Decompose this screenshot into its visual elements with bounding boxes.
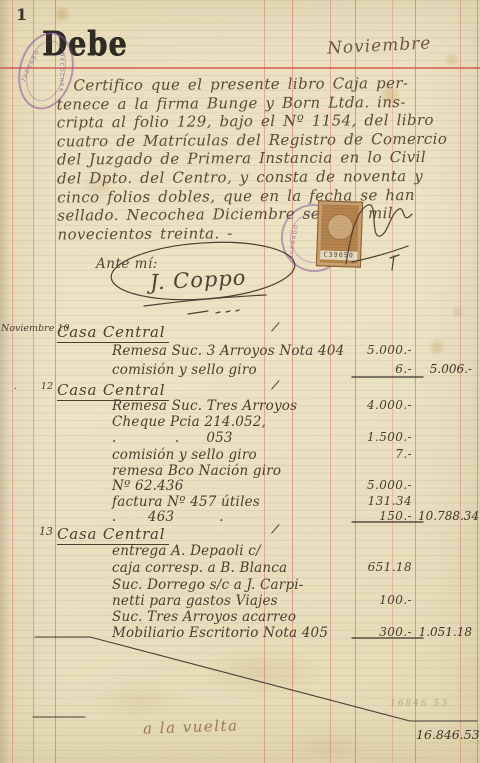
entry-description: . 463 . <box>112 509 224 525</box>
entry-description: Cheque Pcia 214.052, <box>112 414 266 430</box>
entry-subtotal: 5.006.- <box>418 362 472 376</box>
entry-row: . . 0531.500.- <box>0 430 480 446</box>
entry-amount: 6.- <box>336 362 412 376</box>
folio-tick-mark: / <box>271 378 279 394</box>
entry-row: Suc. Tres Arroyos acarreo <box>0 609 480 625</box>
entry-description: comisión y sello giro <box>112 447 257 463</box>
entry-subtotal: 1.051.18 <box>418 625 472 639</box>
ledger-page: 1 Debe Noviembre JUZGADO NECOCHEA Certif… <box>0 0 480 763</box>
pencil-total-note: 16846 53 <box>390 699 449 709</box>
entry-description: entrega A. Depaoli c/ <box>112 543 261 559</box>
entry-description: comisión y sello giro <box>112 362 257 378</box>
entry-description: Suc. Dorrego s/c a J. Carpi- <box>112 577 304 593</box>
entry-row: . 463 .150.-10.788.34 <box>0 509 480 525</box>
entry-amount: 300.- <box>336 625 412 639</box>
carry-forward-note: a la vuelta <box>143 716 239 737</box>
entry-row: comisión y sello giro7.- <box>0 447 480 463</box>
ledger-entries: Noviembre 10Casa Central/Remesa Suc. 3 A… <box>0 0 480 763</box>
entry-row: Mobiliario Escritorio Nota 405300.-1.051… <box>0 625 480 641</box>
entry-description: Mobiliario Escritorio Nota 405 <box>112 625 328 641</box>
entry-description: Suc. Tres Arroyos acarreo <box>112 609 296 625</box>
entry-row: caja corresp. a B. Blanca651.18 <box>0 560 480 576</box>
entry-date: 13 <box>1 525 53 538</box>
entry-date: Noviembre 10 <box>1 323 53 334</box>
entry-row: 13Casa Central/ <box>0 525 480 541</box>
entry-description: Remesa Suc. 3 Arroyos Nota 404 <box>112 343 344 359</box>
entry-description: Nº 62.436 <box>112 478 184 494</box>
entry-row: Remesa Suc. 3 Arroyos Nota 4045.000.- <box>0 343 480 359</box>
entry-row: comisión y sello giro6.-5.006.- <box>0 362 480 378</box>
entry-amount: 131.34 <box>336 494 412 508</box>
entry-row: entrega A. Depaoli c/ <box>0 543 480 559</box>
entry-description: factura Nº 457 útiles <box>112 494 260 510</box>
entry-row: Cheque Pcia 214.052, <box>0 414 480 430</box>
entry-row: Suc. Dorrego s/c a J. Carpi- <box>0 577 480 593</box>
entry-description: Casa Central <box>57 525 169 545</box>
entry-amount: 4.000.- <box>336 398 412 412</box>
entry-description: . . 053 <box>112 430 233 446</box>
entry-description: Casa Central <box>57 323 169 343</box>
page-total: 16.846.53 <box>416 727 472 742</box>
entry-row: Noviembre 10Casa Central/ <box>0 323 480 339</box>
entry-amount: 7.- <box>336 447 412 461</box>
entry-amount: 100.- <box>336 593 412 607</box>
entry-row: factura Nº 457 útiles131.34 <box>0 494 480 510</box>
folio-tick-mark: / <box>271 522 279 538</box>
entry-amount: 150.- <box>336 509 412 523</box>
entry-row: remesa Bco Nación giro <box>0 463 480 479</box>
entry-subtotal: 10.788.34 <box>418 509 472 523</box>
entry-row: Nº 62.4365.000.- <box>0 478 480 494</box>
entry-row: . 12Casa Central/ <box>0 381 480 397</box>
entry-description: netti para gastos Viajes <box>112 593 278 609</box>
entry-description: remesa Bco Nación giro <box>112 463 281 479</box>
entry-date: . 12 <box>1 381 53 392</box>
entry-amount: 1.500.- <box>336 430 412 444</box>
notary-signature-name: J. Coppo <box>149 265 247 294</box>
entry-row: Remesa Suc. Tres Arroyos4.000.- <box>0 398 480 414</box>
entry-amount: 5.000.- <box>336 343 412 357</box>
entry-row: netti para gastos Viajes100.- <box>0 593 480 609</box>
entry-description: caja corresp. a B. Blanca <box>112 560 287 576</box>
entry-amount: 651.18 <box>336 560 412 574</box>
entry-amount: 5.000.- <box>336 478 412 492</box>
folio-tick-mark: / <box>271 320 279 336</box>
entry-description: Remesa Suc. Tres Arroyos <box>112 398 297 414</box>
